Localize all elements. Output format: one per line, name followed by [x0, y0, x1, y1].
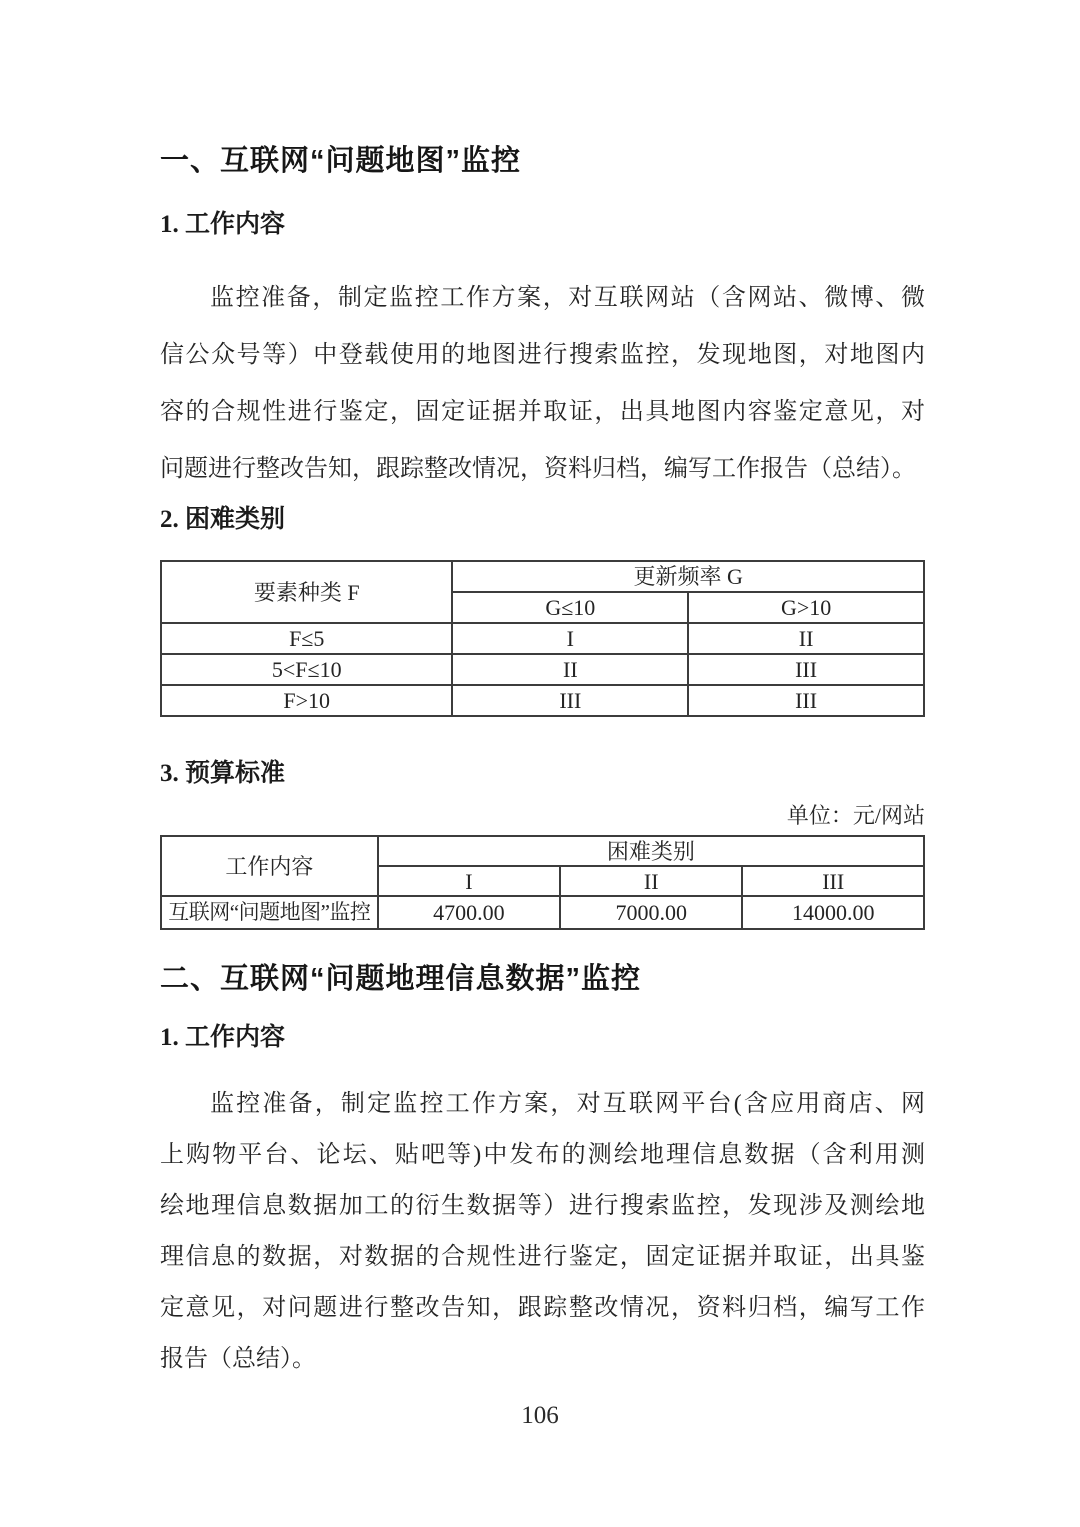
value-cell: II: [452, 654, 688, 685]
table-row: 互联网“问题地图”监控 4700.00 7000.00 14000.00: [161, 896, 924, 929]
paragraph-line: 报告（总结）。: [160, 1334, 925, 1385]
row-label-cell: 5<F≤10: [161, 654, 452, 685]
value-cell: III: [688, 685, 924, 716]
paragraph-line: 问题进行整改告知，跟踪整改情况，资料归档，编写工作报告（总结）。: [160, 441, 925, 498]
section1-title: 一、互联网“问题地图”监控: [160, 140, 925, 182]
document-page: 一、互联网“问题地图”监控 1. 工作内容 监控准备，制定监控工作方案，对互联网…: [0, 0, 1080, 1527]
budget-table: 工作内容 困难类别 I II III 互联网“问题地图”监控 4700.00 7…: [160, 835, 925, 930]
paragraph-line: 监控准备，制定监控工作方案，对互联网平台(含应用商店、网: [160, 1079, 925, 1130]
page-content: 一、互联网“问题地图”监控 1. 工作内容 监控准备，制定监控工作方案，对互联网…: [160, 140, 925, 1385]
table-row: F>10 III III: [161, 685, 924, 716]
table-row: F≤5 I II: [161, 623, 924, 654]
value-cell: 7000.00: [560, 896, 742, 929]
paragraph-line: 容的合规性进行鉴定，固定证据并取证，出具地图内容鉴定意见，对: [160, 384, 925, 441]
paragraph-line: 理信息的数据，对数据的合规性进行鉴定，固定证据并取证，出具鉴: [160, 1232, 925, 1283]
group-header-cell: 更新频率 G: [452, 561, 924, 592]
section2-work-paragraph: 监控准备，制定监控工作方案，对互联网平台(含应用商店、网 上购物平台、论坛、贴吧…: [160, 1079, 925, 1385]
value-cell: 4700.00: [378, 896, 560, 929]
page-number: 106: [0, 1402, 1080, 1430]
value-cell: II: [688, 623, 924, 654]
section1-work-paragraph: 监控准备，制定监控工作方案，对互联网站（含网站、微博、微 信公众号等）中登载使用…: [160, 270, 925, 498]
row-label-cell: F>10: [161, 685, 452, 716]
unit-label: 单位：元/网站: [160, 803, 925, 829]
paragraph-line: 绘地理信息数据加工的衍生数据等）进行搜索监控，发现涉及测绘地: [160, 1181, 925, 1232]
corner-header-cell: 要素种类 F: [161, 561, 452, 623]
column-header-cell: I: [378, 866, 560, 896]
table-header-row: 工作内容 困难类别: [161, 836, 924, 866]
value-cell: III: [452, 685, 688, 716]
column-header-cell: G>10: [688, 592, 924, 623]
paragraph-line: 上购物平台、论坛、贴吧等)中发布的测绘地理信息数据（含利用测: [160, 1130, 925, 1181]
section1-work-heading: 1. 工作内容: [160, 207, 925, 242]
column-header-cell: G≤10: [452, 592, 688, 623]
value-cell: 14000.00: [742, 896, 924, 929]
section2-work-heading: 1. 工作内容: [160, 1020, 925, 1055]
row-label-cell: 互联网“问题地图”监控: [161, 896, 378, 929]
difficulty-table: 要素种类 F 更新频率 G G≤10 G>10 F≤5 I II 5<F≤10 …: [160, 560, 925, 717]
row-label-cell: F≤5: [161, 623, 452, 654]
corner-header-cell: 工作内容: [161, 836, 378, 896]
value-cell: III: [688, 654, 924, 685]
paragraph-line: 监控准备，制定监控工作方案，对互联网站（含网站、微博、微: [160, 270, 925, 327]
table-header-row: 要素种类 F 更新频率 G: [161, 561, 924, 592]
section2-title: 二、互联网“问题地理信息数据”监控: [160, 958, 925, 1000]
paragraph-line: 定意见，对问题进行整改告知，跟踪整改情况，资料归档，编写工作: [160, 1283, 925, 1334]
paragraph-line: 信公众号等）中登载使用的地图进行搜索监控，发现地图，对地图内: [160, 327, 925, 384]
section1-budget-heading: 3. 预算标准: [160, 756, 925, 791]
table-row: 5<F≤10 II III: [161, 654, 924, 685]
column-header-cell: III: [742, 866, 924, 896]
section1-difficulty-heading: 2. 困难类别: [160, 502, 925, 537]
value-cell: I: [452, 623, 688, 654]
group-header-cell: 困难类别: [378, 836, 924, 866]
column-header-cell: II: [560, 866, 742, 896]
